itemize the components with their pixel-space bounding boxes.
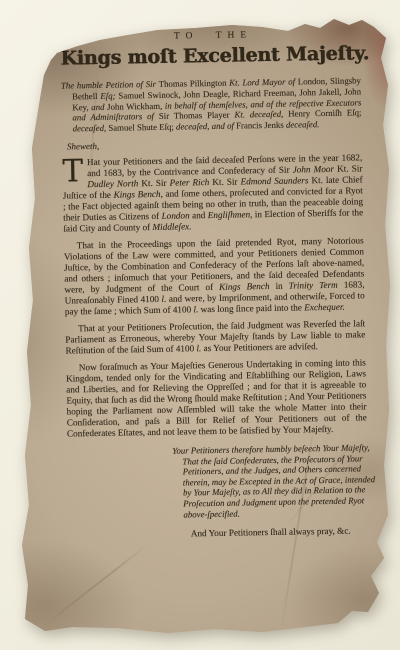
- sheweth-label: Sheweth,: [67, 136, 362, 151]
- paper-shadow: TO THE Kings moſt Excellent Majeſty. The…: [0, 0, 400, 650]
- closing-line: And Your Petitioners ſhall always pray, …: [191, 525, 369, 538]
- petition-text-block: TO THE Kings moſt Excellent Majeſty. The…: [60, 28, 369, 540]
- body-paragraph-1: THat your Petitioners and the ſaid decea…: [62, 152, 363, 234]
- paragraph-text: Hat your Petitioners and the ſaid deceaſ…: [63, 152, 364, 233]
- heading-kicker: TO THE: [66, 28, 360, 43]
- petition-paper: TO THE Kings moſt Excellent Majeſty. The…: [0, 0, 400, 650]
- prayer-block: Your Petitioners therefore humbly beſeec…: [172, 442, 378, 520]
- document-scan: TO THE Kings moſt Excellent Majeſty. The…: [0, 0, 400, 650]
- body-paragraph-2: That in the Proceedings upon the ſaid pr…: [64, 235, 365, 317]
- body-paragraph-3: That at your Petitioners Proſecution, th…: [65, 318, 366, 356]
- petition-intro: The humble Petition of Sir Thomas Pilkin…: [61, 75, 362, 134]
- drop-cap: T: [62, 157, 87, 184]
- page-title: Kings moſt Excellent Majeſty.: [60, 42, 360, 69]
- body-paragraph-4: Now foraſmuch as Your Majeſties Generous…: [66, 357, 367, 439]
- crease-mark: [44, 544, 148, 626]
